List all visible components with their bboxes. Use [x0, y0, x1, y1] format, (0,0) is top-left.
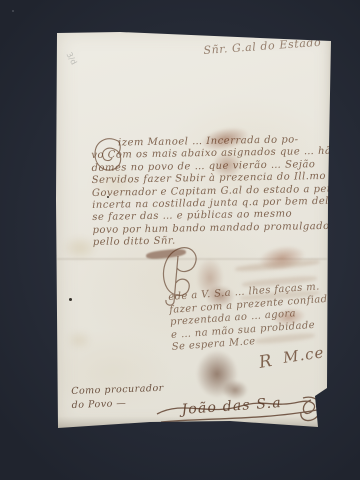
paper-speck: [69, 298, 72, 301]
body-paragraph: izem Manoel … Incerrada do po- vo Com os…: [91, 133, 355, 249]
paper-stain: [66, 330, 92, 350]
ink-blot: [205, 285, 235, 307]
ink-blot: [212, 152, 242, 178]
ink-blot: [222, 380, 248, 400]
despacho-initial: R: [257, 351, 273, 373]
background-speck: [12, 10, 14, 12]
address-heading: Sñr. G.al do Estado: [203, 36, 322, 57]
closing-block: Como procurador do Povo —: [71, 382, 164, 413]
despacho-abbreviation: M.ce: [282, 343, 326, 367]
pencil-note: 3/d: [64, 51, 78, 67]
photograph: 3/d Sñr. G.al do Estado izem Manoel … In…: [0, 0, 360, 480]
manuscript-paper: 3/d Sñr. G.al do Estado izem Manoel … In…: [55, 28, 337, 432]
paper-speck: [107, 196, 109, 198]
petition-paragraph: ede a V. S.a … lhes faças m. fazer com a…: [168, 280, 337, 354]
closing-line: do Povo —: [71, 396, 164, 413]
